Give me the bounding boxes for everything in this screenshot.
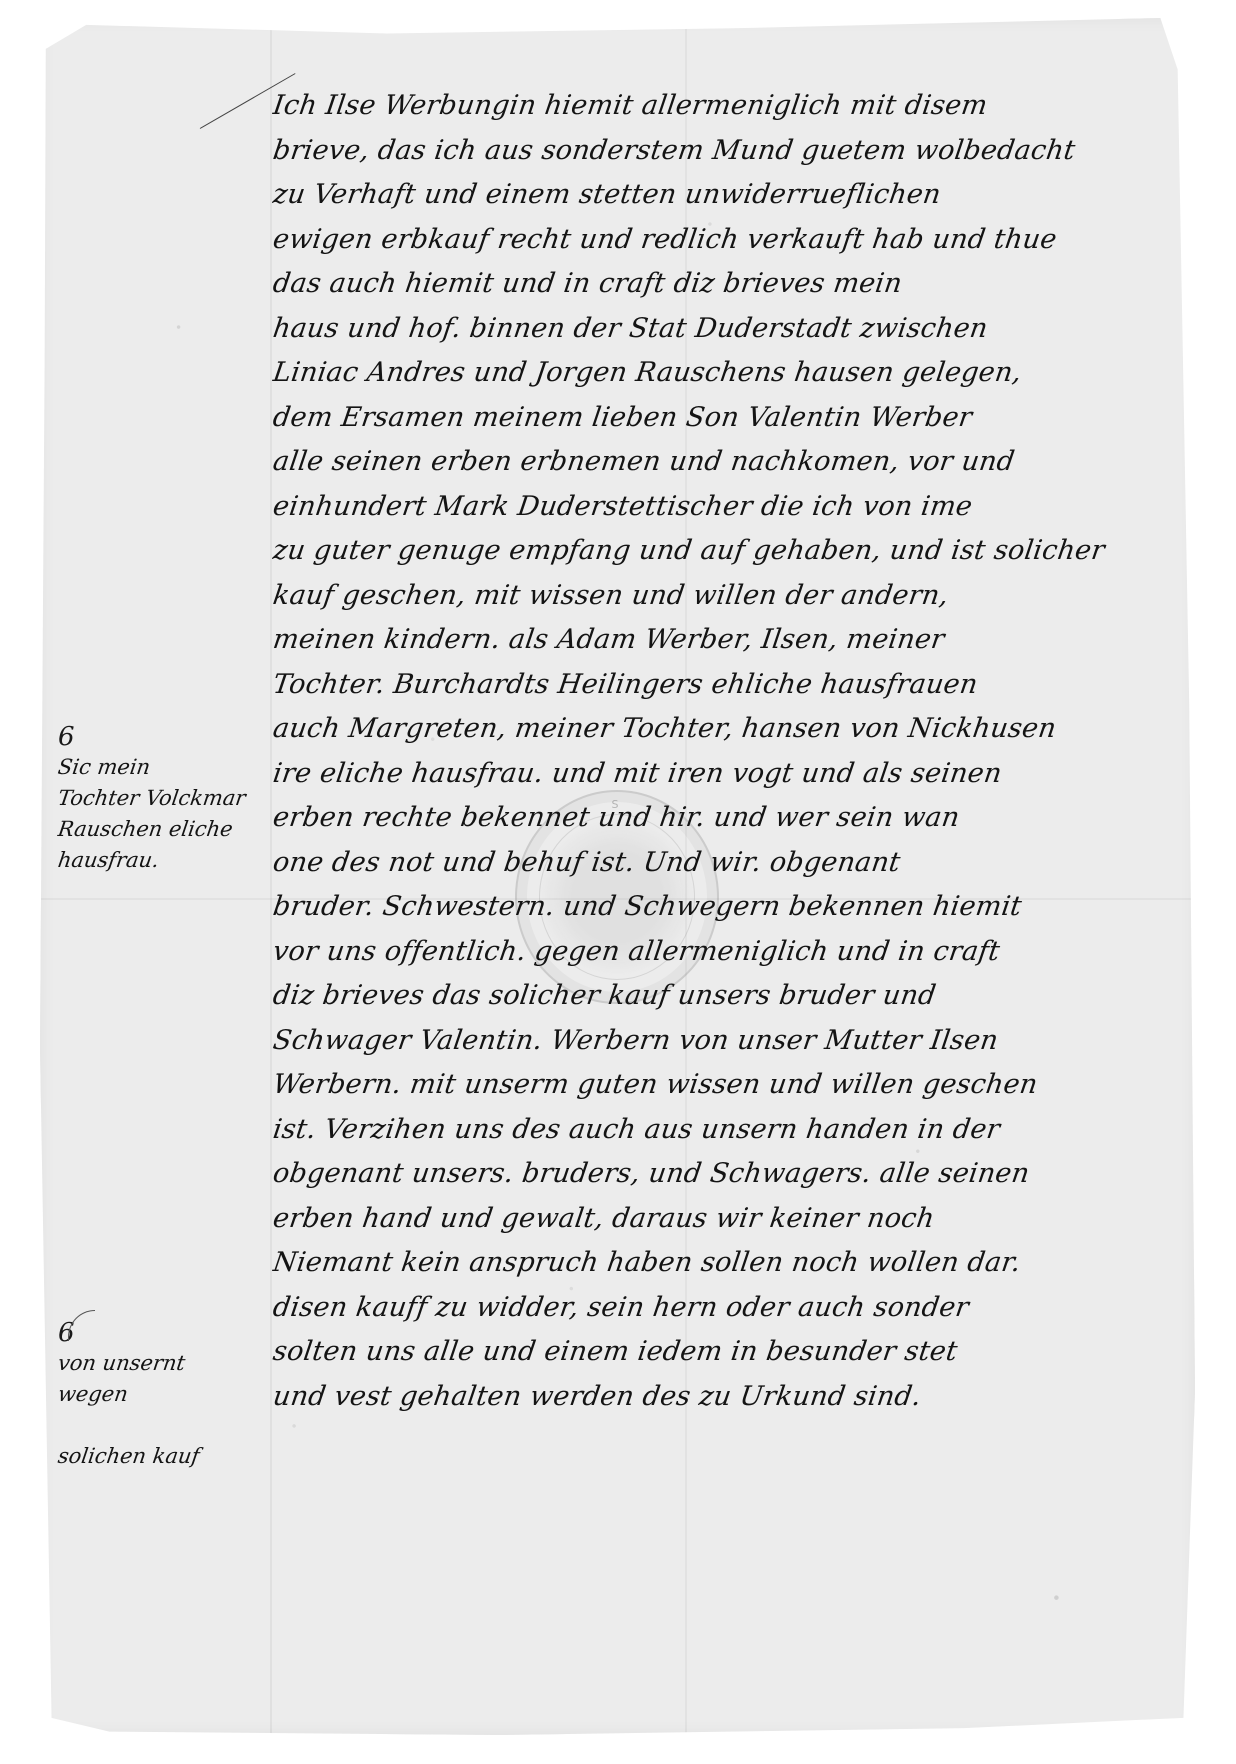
text-line: auch Margreten, meiner Tochter, hansen v… — [270, 707, 1156, 752]
margin-note-1: 6 Sic mein Tochter Volckmar Rauschen eli… — [58, 722, 268, 876]
text-line: ewigen erbkauf recht und redlich verkauf… — [270, 218, 1156, 263]
margin-note-2: 6 von unsernt wegen solichen kauf — [58, 1318, 268, 1472]
text-line: disen kauff zu widder, sein hern oder au… — [270, 1286, 1156, 1331]
text-line: Schwager Valentin. Werbern von unser Mut… — [270, 1019, 1156, 1064]
text-line: Liniac Andres und Jorgen Rauschens hause… — [270, 351, 1156, 396]
margin-note-line: Tochter Volckmar — [56, 783, 270, 814]
margin-note-line — [56, 1410, 270, 1441]
margin-note-line: Rauschen eliche — [56, 814, 270, 845]
margin-note-line: wegen — [56, 1379, 270, 1410]
text-line: bruder. Schwestern. und Schwegern bekenn… — [270, 885, 1156, 930]
text-line: ire eliche hausfrau. und mit iren vogt u… — [270, 752, 1156, 797]
margin-note-line: hausfrau. — [56, 845, 270, 876]
text-line: one des not und behuf ist. Und wir. obge… — [270, 841, 1156, 886]
text-line: erben rechte bekennet und hir. und wer s… — [270, 796, 1156, 841]
margin-note-line: von unsernt — [56, 1348, 270, 1379]
text-line: Werbern. mit unserm guten wissen und wil… — [270, 1063, 1156, 1108]
text-line: zu Verhaft und einem stetten unwiderruef… — [270, 173, 1156, 218]
text-line: kauf geschen, mit wissen und willen der … — [270, 574, 1156, 619]
text-line: haus und hof. binnen der Stat Duderstadt… — [270, 307, 1156, 352]
text-line: zu guter genuge empfang und auf gehaben,… — [270, 529, 1156, 574]
text-line: diz brieves das solicher kauf unsers bru… — [270, 974, 1156, 1019]
text-line: meinen kindern. als Adam Werber, Ilsen, … — [270, 618, 1156, 663]
text-line: das auch hiemit und in craft diz brieves… — [270, 262, 1156, 307]
text-line: ist. Verzihen uns des auch aus unsern ha… — [270, 1108, 1156, 1153]
text-line: brieve, das ich aus sonderstem Mund guet… — [270, 129, 1156, 174]
text-line: solten uns alle und einem iedem in besun… — [270, 1330, 1156, 1375]
main-text-body: Ich Ilse Werbungin hiemit allermeniglich… — [270, 84, 1150, 1419]
margin-note-number: 6 — [58, 722, 268, 752]
text-line: obgenant unsers. bruders, und Schwagers.… — [270, 1152, 1156, 1197]
text-line: Tochter. Burchardts Heilingers ehliche h… — [270, 663, 1156, 708]
margin-note-line: Sic mein — [56, 752, 270, 783]
text-line: und vest gehalten werden des zu Urkund s… — [270, 1375, 1156, 1420]
text-line: Ich Ilse Werbungin hiemit allermeniglich… — [270, 84, 1156, 129]
text-line: vor uns offentlich. gegen allermeniglich… — [270, 930, 1156, 975]
margin-note-line: solichen kauf — [56, 1441, 270, 1472]
text-line: erben hand und gewalt, daraus wir keiner… — [270, 1197, 1156, 1242]
text-line: dem Ersamen meinem lieben Son Valentin W… — [270, 396, 1156, 441]
text-line: Niemant kein anspruch haben sollen noch … — [270, 1241, 1156, 1286]
text-line: alle seinen erben erbnemen und nachkomen… — [270, 440, 1156, 485]
text-line: einhundert Mark Duderstettischer die ich… — [270, 485, 1156, 530]
